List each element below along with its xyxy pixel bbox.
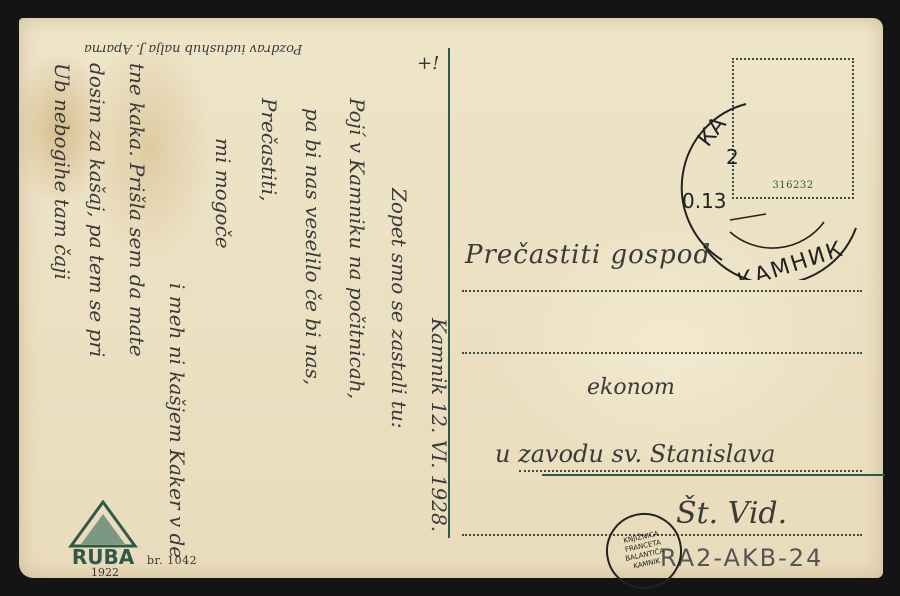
message-line: mi mogoče [211, 138, 235, 249]
postcard-reverse: 316232 КА 2 0.13 КАМНИК Prečastiti gospo… [19, 18, 883, 578]
upside-down-note: Pozdrav iudushub nalja J. Aparna [84, 41, 302, 56]
svg-text:КАМНИК: КАМНИК [735, 237, 848, 280]
address-recipient-title: Prečastiti gospod [465, 240, 711, 270]
address-institution: u zavodu sv. Stanislava [495, 440, 775, 468]
address-line-3 [519, 470, 862, 472]
message-line: Ub nebogihe tam čaji [50, 63, 74, 280]
address-line-2 [462, 352, 862, 354]
message-line: pa bi nas veselilo če bi nas, [301, 108, 325, 385]
address-line-1 [462, 290, 862, 292]
message-line: dosim za kašaj, pa tem se pri [85, 63, 109, 357]
address-underline [542, 474, 885, 476]
message-date: Kamnik 12. VI. 1928. [427, 318, 451, 532]
archive-code: RA2-AKB-24 [660, 544, 823, 572]
svg-text:0.13: 0.13 [682, 189, 727, 213]
publisher-logo-icon: RUBA [63, 500, 143, 570]
address-town: Št. Vid. [676, 496, 787, 531]
card-number: br. 1042 [147, 554, 197, 567]
publisher-year: 1922 [91, 566, 119, 579]
svg-text:2: 2 [726, 145, 739, 169]
message-line: i meh ni kašjem Kaker v de [165, 283, 189, 558]
message-line: Prečastiti, [257, 98, 281, 201]
message-cross: +! [417, 53, 439, 74]
address-recipient-role: ekonom [587, 375, 675, 400]
message-line: Pojí v Kamniku na počitnicah, [345, 98, 369, 399]
message-line: tne kaka. Prišla sem da mate [125, 63, 149, 357]
message-line: Zopet smo se zastali tu: [387, 188, 411, 429]
